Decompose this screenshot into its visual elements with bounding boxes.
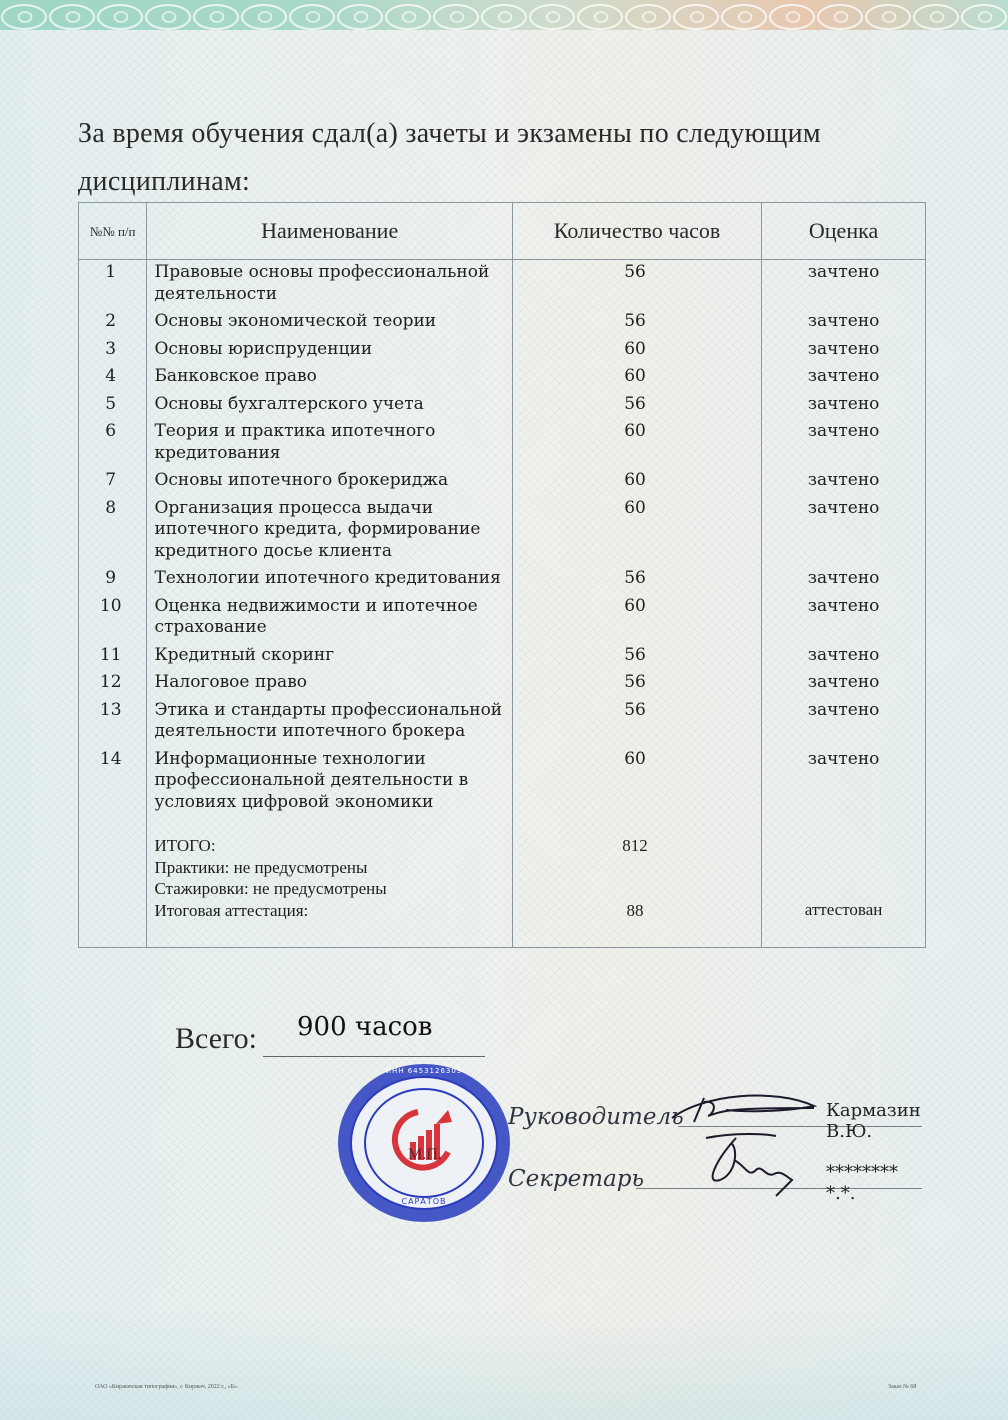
table-row: 2Основы экономической теории56зачтено [79, 309, 926, 337]
subject-name: Основы ипотечного брокериджа [147, 468, 513, 496]
row-number: 3 [79, 337, 147, 365]
ornament-icon [721, 4, 767, 30]
table-header-row: №№ п/п Наименование Количество часов Оце… [79, 203, 926, 260]
seal-inn-text: ИНН 6453126309 [338, 1067, 510, 1075]
ornament-icon [481, 4, 527, 30]
row-number: 14 [79, 747, 147, 818]
subject-grade: зачтено [762, 309, 926, 337]
table-row: 12Налоговое право56зачтено [79, 670, 926, 698]
director-role: Руководитель [508, 1104, 684, 1130]
decorative-bottom-band [0, 1310, 1008, 1420]
subject-grade: зачтено [762, 364, 926, 392]
subject-hours: 56 [512, 260, 761, 310]
table-row: 10Оценка недвижимости и ипотечное страхо… [79, 594, 926, 643]
subject-hours: 60 [512, 364, 761, 392]
table-row: 8Организация процесса выдачи ипотечного … [79, 496, 926, 567]
subject-hours: 60 [512, 468, 761, 496]
table-row: 5Основы бухгалтерского учета56зачтено [79, 392, 926, 420]
grand-total-underline [263, 1056, 485, 1057]
ornament-icon [913, 4, 959, 30]
subject-name: Правовые основы профессиональной деятель… [147, 260, 513, 310]
grand-total: Всего: 900 часов [175, 1012, 505, 1062]
grand-total-value: 900 часов [297, 1012, 432, 1042]
grand-total-label: Всего: [175, 1022, 257, 1056]
subject-grade: зачтено [762, 566, 926, 594]
subject-name: Банковское право [147, 364, 513, 392]
subject-name: Организация процесса выдачи ипотечного к… [147, 496, 513, 567]
table-row: 6Теория и практика ипотечного кредитован… [79, 419, 926, 468]
subject-grade: зачтено [762, 747, 926, 818]
row-number: 11 [79, 643, 147, 671]
subject-grade: зачтено [762, 670, 926, 698]
subject-name: Теория и практика ипотечного кредитовани… [147, 419, 513, 468]
ornament-icon [289, 4, 335, 30]
subject-grade: зачтено [762, 468, 926, 496]
summary-row: ИТОГО: Практики: не предусмотрены Стажир… [79, 817, 926, 948]
ornament-icon [865, 4, 911, 30]
subject-name: Этика и стандарты профессиональной деяте… [147, 698, 513, 747]
subject-name: Оценка недвижимости и ипотечное страхова… [147, 594, 513, 643]
ornament-icon [97, 4, 143, 30]
header-name: Наименование [147, 203, 513, 260]
decorative-top-border [0, 0, 1008, 30]
row-number: 7 [79, 468, 147, 496]
row-number: 6 [79, 419, 147, 468]
subject-grade: зачтено [762, 698, 926, 747]
subject-hours: 60 [512, 337, 761, 365]
table-row: 14Информационные технологии профессионал… [79, 747, 926, 818]
summary-hours: 812 88 [512, 817, 761, 948]
secretary-role: Секретарь [508, 1166, 644, 1192]
internship-note: Стажировки: не предусмотрены [154, 878, 512, 900]
summary-num-cell [79, 817, 147, 948]
summary-grade: аттестован [762, 817, 926, 948]
ornament-icon [673, 4, 719, 30]
row-number: 10 [79, 594, 147, 643]
director-name: Кармазин В.Ю. [826, 1100, 921, 1142]
ornament-icon [241, 4, 287, 30]
secretary-name: ******** *.*. [826, 1162, 898, 1204]
order-number: Заказ № 68 [888, 1384, 916, 1390]
final-attestation-grade: аттестован [762, 899, 925, 921]
subject-name: Информационные технологии профессиональн… [147, 747, 513, 818]
subject-grade: зачтено [762, 392, 926, 420]
seal-city: САРАТОВ [338, 1197, 510, 1206]
table-row: 4Банковское право60зачтено [79, 364, 926, 392]
official-seal: ИНН 6453126309 М.П. САРАТОВ [338, 1064, 510, 1222]
ornament-icon [337, 4, 383, 30]
header-number: №№ п/п [79, 203, 147, 260]
subject-hours: 60 [512, 594, 761, 643]
subject-hours: 56 [512, 566, 761, 594]
subject-hours: 56 [512, 643, 761, 671]
printer-imprint: ОАО «Киржачская типография», г. Киржач, … [95, 1384, 238, 1390]
subject-hours: 56 [512, 392, 761, 420]
table-row: 7Основы ипотечного брокериджа60зачтено [79, 468, 926, 496]
ornament-icon [625, 4, 671, 30]
subject-grade: зачтено [762, 337, 926, 365]
row-number: 9 [79, 566, 147, 594]
ornament-icon [433, 4, 479, 30]
subject-name: Налоговое право [147, 670, 513, 698]
subjects-table: №№ п/п Наименование Количество часов Оце… [78, 202, 926, 948]
row-number: 13 [79, 698, 147, 747]
subject-hours: 56 [512, 698, 761, 747]
subject-name: Основы экономической теории [147, 309, 513, 337]
ornament-icon [145, 4, 191, 30]
row-number: 2 [79, 309, 147, 337]
seal-mp-mark: М.П. [408, 1146, 442, 1164]
subject-grade: зачтено [762, 419, 926, 468]
subject-hours: 56 [512, 670, 761, 698]
subject-name: Основы бухгалтерского учета [147, 392, 513, 420]
final-attestation-hours: 88 [513, 900, 757, 922]
ornament-icon [817, 4, 863, 30]
practice-note: Практики: не предусмотрены [154, 857, 512, 879]
ornament-icon [961, 4, 1007, 30]
subject-hours: 60 [512, 747, 761, 818]
row-number: 5 [79, 392, 147, 420]
total-hours: 812 [513, 835, 757, 857]
subject-grade: зачтено [762, 260, 926, 310]
table-row: 13Этика и стандарты профессиональной дея… [79, 698, 926, 747]
ornament-icon [769, 4, 815, 30]
subject-grade: зачтено [762, 496, 926, 567]
ornament-icon [577, 4, 623, 30]
table-row: 9Технологии ипотечного кредитования56зач… [79, 566, 926, 594]
subject-hours: 56 [512, 309, 761, 337]
subject-grade: зачтено [762, 594, 926, 643]
subject-hours: 60 [512, 419, 761, 468]
table-row: 3Основы юриспруденции60зачтено [79, 337, 926, 365]
row-number: 1 [79, 260, 147, 310]
subject-hours: 60 [512, 496, 761, 567]
subject-grade: зачтено [762, 643, 926, 671]
header-grade: Оценка [762, 203, 926, 260]
director-signature-icon [664, 1088, 824, 1128]
header-hours: Количество часов [512, 203, 761, 260]
row-number: 12 [79, 670, 147, 698]
ornament-icon [49, 4, 95, 30]
table-row: 1Правовые основы профессиональной деятел… [79, 260, 926, 310]
ornament-icon [1, 4, 47, 30]
ornament-icon [193, 4, 239, 30]
subject-name: Основы юриспруденции [147, 337, 513, 365]
total-label: ИТОГО: [154, 835, 512, 857]
subject-name: Технологии ипотечного кредитования [147, 566, 513, 594]
row-number: 8 [79, 496, 147, 567]
ornament-icon [385, 4, 431, 30]
table-row: 11Кредитный скоринг56зачтено [79, 643, 926, 671]
page-heading: За время обучения сдал(а) зачеты и экзам… [78, 110, 938, 206]
ornament-icon [529, 4, 575, 30]
subject-name: Кредитный скоринг [147, 643, 513, 671]
final-attestation-label: Итоговая аттестация: [154, 900, 512, 922]
secretary-signature-icon [696, 1130, 806, 1200]
row-number: 4 [79, 364, 147, 392]
summary-labels: ИТОГО: Практики: не предусмотрены Стажир… [147, 817, 513, 948]
